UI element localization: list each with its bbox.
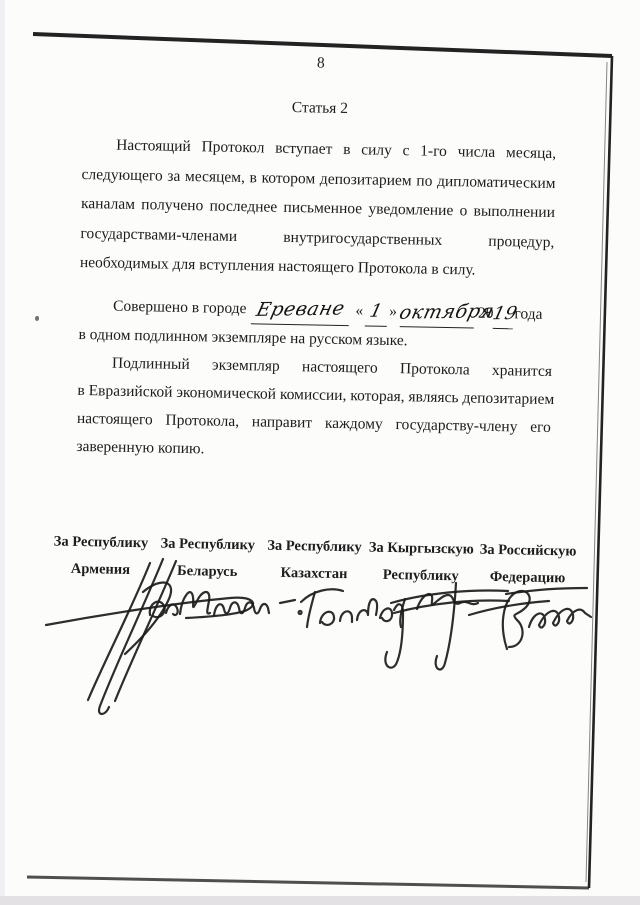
signature-label-line: За Российскую [474,537,581,566]
document-body: 8 Статья 2 Настоящий Протокол вступает в… [74,51,558,592]
day-blank-line: 1 [365,297,388,326]
signature-label-armenia: За Республику Армения [47,528,155,584]
close-guillemet: » [389,303,397,320]
signature-belarus [150,592,302,617]
signature-label-belarus: За Республику Беларусь [154,530,262,586]
signature-russia [469,588,591,649]
handwritten-month: октября [397,302,495,322]
year-word: года [514,305,542,323]
signature-label-kyrgyzstan: За Кыргызскую Республику [367,535,475,591]
city-blank-line: Ереване [251,295,350,326]
signature-label-line: За Республику [154,530,261,559]
signature-label-line: Беларусь [154,557,261,586]
page-number: 8 [84,51,558,76]
signature-label-line: Армения [47,555,154,584]
scan-left-edge [0,0,5,905]
open-guillemet: « [355,302,363,319]
paragraph-depositary: Подлинный экземпляр настоящего Протокола… [76,349,552,470]
scan-border-bottom [27,877,589,888]
execution-clause: Совершено в городеЕреване«1»октября2019г… [78,292,553,358]
scanned-document-page: 8 Статья 2 Настоящий Протокол вступает в… [0,0,640,905]
signature-label-kazakhstan: За Республику Казахстан [260,532,368,588]
handwritten-day: 1 [368,303,384,321]
signature-labels-row: За Республику Армения За Республику Бела… [47,528,582,592]
signature-label-line: Казахстан [260,559,367,588]
month-blank-line: октября [400,298,475,328]
signature-kazakhstan [301,589,403,667]
signature-label-line: Федерацию [474,564,581,593]
execution-prefix: Совершено в городе [113,298,247,318]
handwritten-city: Ереване [254,300,346,320]
signature-label-line: За Республику [261,532,368,561]
article-heading: Статья 2 [83,95,557,122]
ink-speck [35,316,39,321]
scan-border-right [589,56,612,888]
scan-border-right-inner [586,62,607,882]
year-blank-line: 19 [493,300,514,329]
signature-label-russia: За Российскую Федерацию [474,537,582,593]
paragraph-entry-into-force: Настоящий Протокол вступает в силу с 1-г… [80,130,557,287]
signature-kyrgyzstan [391,583,509,669]
signature-label-line: Республику [367,562,474,591]
signature-label-line: За Кыргызскую [368,535,475,564]
signature-label-line: За Республику [47,528,154,557]
scanner-bed-band [0,896,640,905]
handwritten-year: 19 [491,305,519,323]
